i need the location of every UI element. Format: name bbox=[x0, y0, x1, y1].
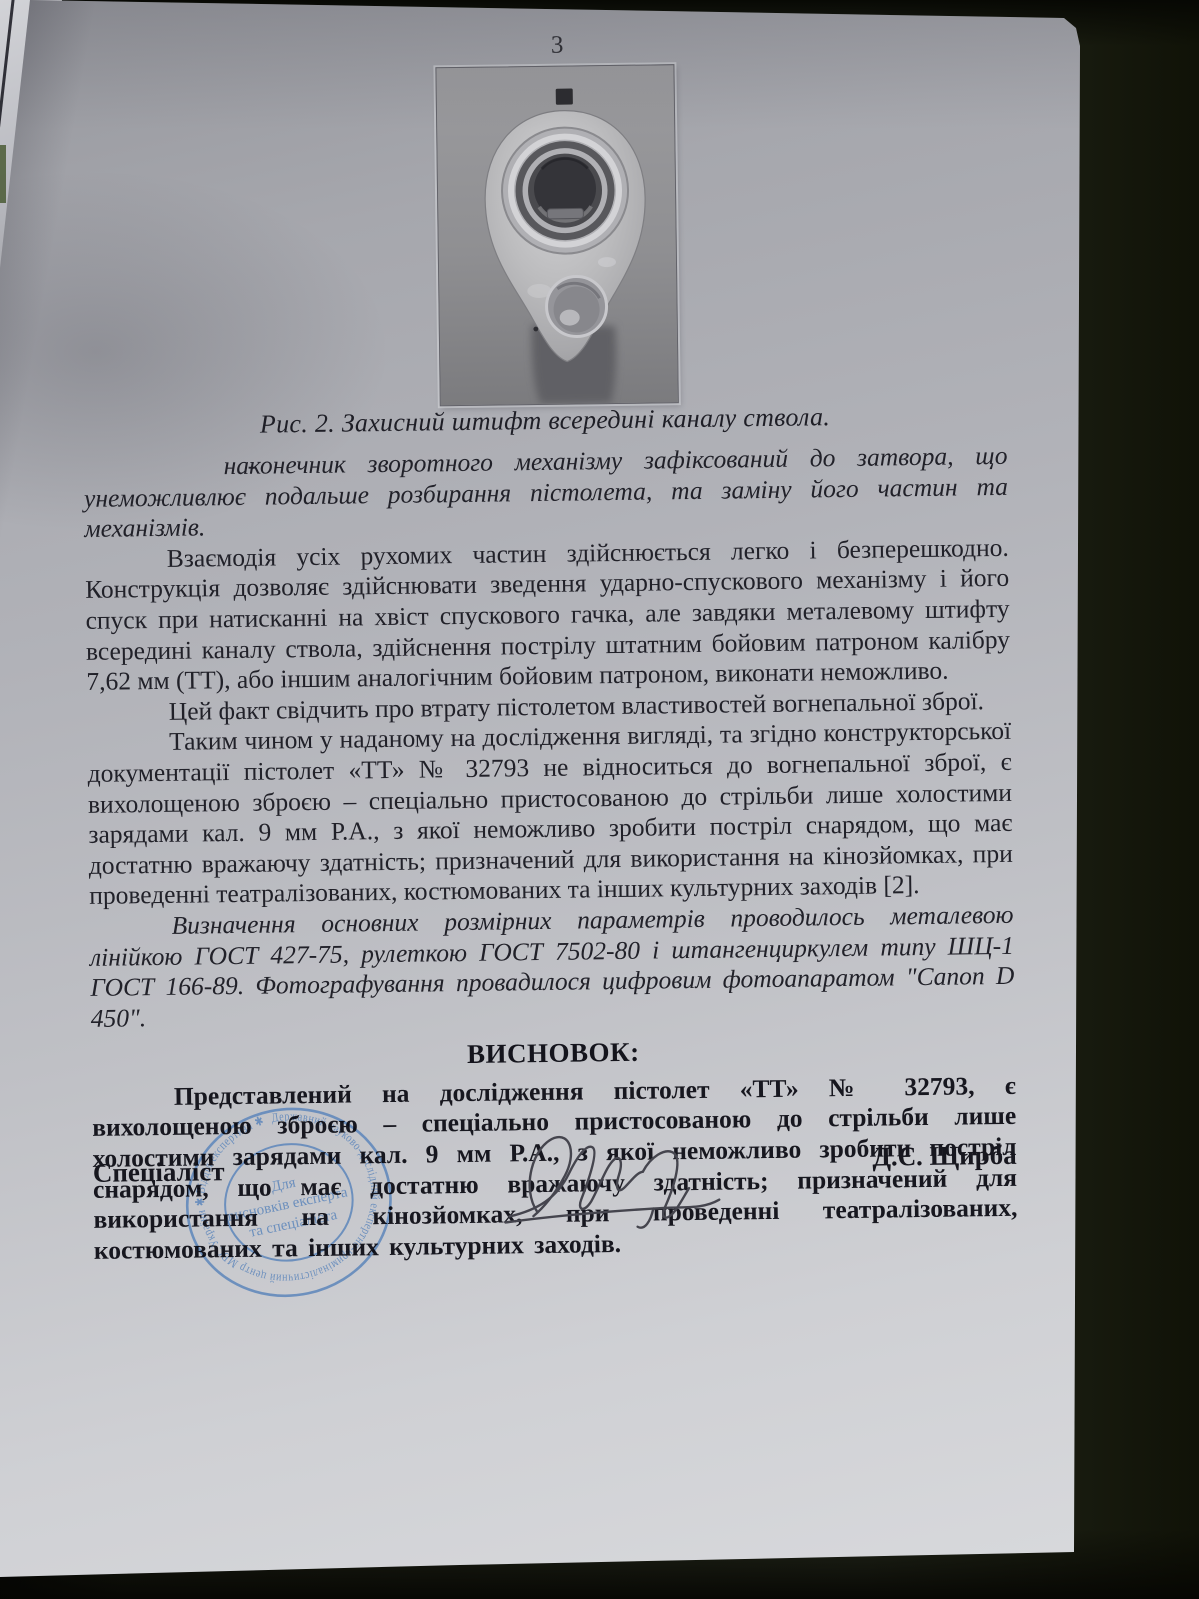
stamp-center-text: Для висновків експерта та спеціаліста bbox=[222, 1164, 357, 1244]
figure-caption: Рис. 2. Захисний штифт всередині каналу … bbox=[83, 400, 1007, 442]
conclusion-heading: ВИСНОВОК: bbox=[91, 1032, 1015, 1075]
background-sliver bbox=[0, 145, 6, 203]
official-round-stamp: Державний науково-дослідний експертно-кр… bbox=[154, 1077, 424, 1332]
page-number: 3 bbox=[438, 30, 676, 61]
paragraph-bullet: -наконечник зворотного механізму зафіксо… bbox=[83, 441, 1008, 545]
handwritten-signature bbox=[502, 1125, 753, 1238]
paragraph-interaction: Взаємодія усіх рухомих частин здійснюєть… bbox=[85, 533, 1011, 698]
muzzle-front-view-illustration bbox=[436, 65, 677, 405]
figure-photo-muzzle bbox=[435, 64, 678, 406]
paragraph-measurements: Визначення основних розмірних параметрів… bbox=[89, 900, 1015, 1034]
document-page: 3 bbox=[0, 0, 1199, 1599]
paragraph-assessment: Таким чином у наданому на дослідження ви… bbox=[87, 716, 1013, 912]
expert-name: Д.Є. Щирба bbox=[872, 1140, 1017, 1173]
bullet-dash: - bbox=[165, 451, 223, 482]
document-photo-scene: 3 bbox=[0, 0, 1199, 1599]
page-content: 3 bbox=[0, 0, 1199, 1599]
